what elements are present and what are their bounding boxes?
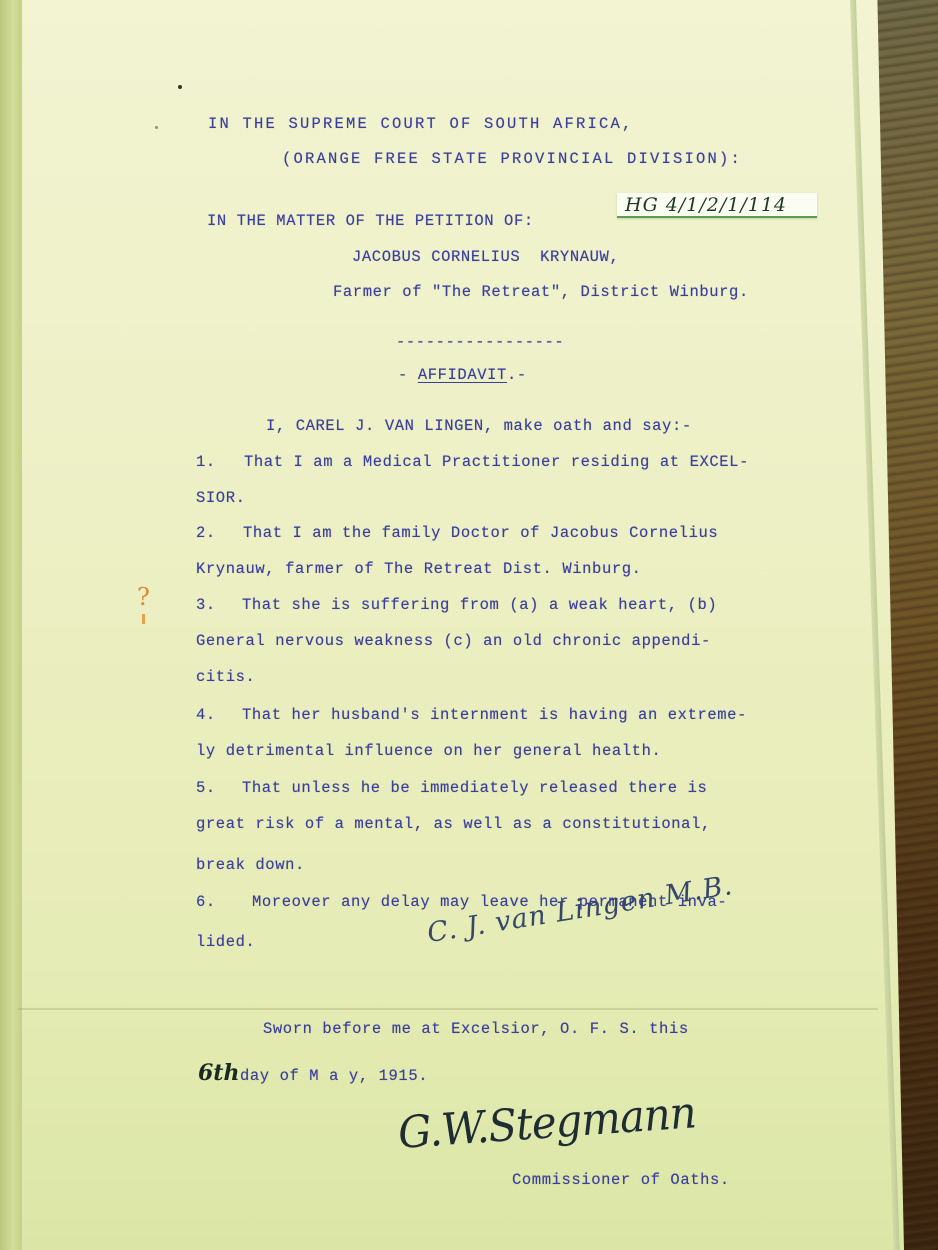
paper-fold-line	[18, 1008, 878, 1010]
paragraph-number: 2.	[196, 524, 216, 542]
margin-question-mark: ?	[137, 585, 150, 609]
commissioner-title: Commissioner of Oaths.	[512, 1171, 730, 1189]
paragraph-number: 4.	[196, 706, 216, 724]
separator-line: -----------------	[396, 333, 564, 351]
paragraph-line: Krynauw, farmer of The Retreat Dist. Win…	[196, 560, 642, 578]
paragraph-line: That I am a Medical Practitioner residin…	[244, 453, 749, 471]
paragraph-number: 6.	[196, 893, 216, 911]
handwritten-day: 6th	[198, 1060, 239, 1086]
paragraph-line: citis.	[196, 668, 255, 686]
document-page	[18, 0, 904, 1250]
petitioner-description: Farmer of "The Retreat", District Winbur…	[333, 283, 749, 301]
paragraph-line: ly detrimental influence on her general …	[196, 742, 661, 760]
paragraph-line: That unless he be immediately released t…	[242, 779, 707, 797]
paragraph-number: 5.	[196, 779, 216, 797]
paragraph-line: That her husband's internment is having …	[242, 706, 747, 724]
paragraph-line: That I am the family Doctor of Jacobus C…	[243, 524, 718, 542]
title-suffix: .-	[507, 366, 527, 384]
jurat-line2: day of M a y, 1915.	[240, 1067, 428, 1085]
paragraph-line: great risk of a mental, as well as a con…	[196, 815, 711, 833]
ink-speck	[155, 126, 158, 129]
jurat-line1: Sworn before me at Excelsior, O. F. S. t…	[263, 1020, 689, 1038]
paragraph-line: SIOR.	[196, 489, 246, 507]
petitioner-name: JACOBUS CORNELIUS KRYNAUW,	[352, 248, 619, 266]
title-prefix: -	[398, 366, 418, 384]
paragraph-number: 3.	[196, 596, 216, 614]
document-title: - AFFIDAVIT.-	[398, 366, 527, 384]
ink-speck	[178, 85, 182, 89]
title-text: AFFIDAVIT	[418, 366, 507, 384]
court-heading-line2: (ORANGE FREE STATE PROVINCIAL DIVISION):	[282, 150, 742, 168]
court-heading-line1: IN THE SUPREME COURT OF SOUTH AFRICA,	[208, 115, 634, 133]
paragraph-number: 1.	[196, 453, 216, 471]
archive-reference-label: HG 4/1/2/1/114	[617, 193, 817, 218]
paragraph-line: lided.	[196, 933, 255, 951]
paragraph-line: That she is suffering from (a) a weak he…	[242, 596, 717, 614]
matter-intro: IN THE MATTER OF THE PETITION OF:	[207, 212, 534, 230]
paragraph-line: General nervous weakness (c) an old chro…	[196, 632, 711, 650]
binder-strip	[0, 0, 22, 1250]
deponent-line: I, CAREL J. VAN LINGEN, make oath and sa…	[266, 417, 692, 435]
margin-tick-mark	[142, 614, 145, 624]
paragraph-line: break down.	[196, 856, 305, 874]
